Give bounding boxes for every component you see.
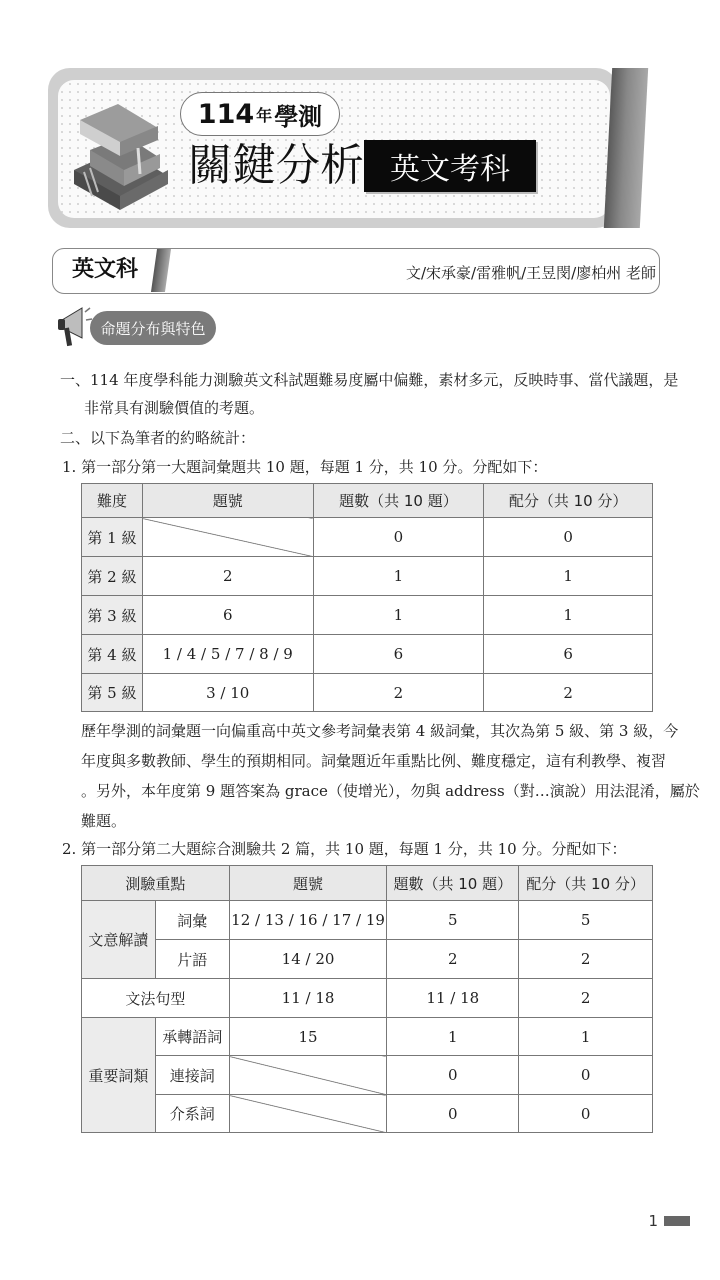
header-cell: 題數（共 10 題） <box>313 484 484 518</box>
table-header-row: 測驗重點 題號 題數（共 10 題） 配分（共 10 分） <box>82 866 653 901</box>
level-cell: 第 4 級 <box>82 635 143 674</box>
table-row: 重要詞類 承轉語詞 15 1 1 <box>82 1018 653 1056</box>
questions-cell: 1 / 4 / 5 / 7 / 8 / 9 <box>142 635 313 674</box>
table-row: 連接詞 0 0 <box>82 1056 653 1095</box>
questions-cell: 14 / 20 <box>229 940 387 979</box>
score-cell: 0 <box>519 1056 653 1095</box>
count-cell: 1 <box>387 1018 519 1056</box>
table-header-row: 難度 題號 題數（共 10 題） 配分（共 10 分） <box>82 484 653 518</box>
score-cell: 5 <box>519 901 653 940</box>
header-cell: 題號 <box>229 866 387 901</box>
note-line: 年度與多數教師、學生的預期相同。詞彙題近年重點比例、難度穩定，這有利教學、複習 <box>81 746 666 776</box>
paragraph-1-line1: 一、114 年度學科能力測驗英文科試題難易度屬中偏難，素材多元，反映時事、當代議… <box>60 366 678 394</box>
header-cell: 難度 <box>82 484 143 518</box>
level-cell: 第 5 級 <box>82 674 143 712</box>
table-row: 第 1 級 0 0 <box>82 518 653 557</box>
year-badge: 114 年 學測 <box>180 92 340 136</box>
sub-cell: 承轉語詞 <box>155 1018 229 1056</box>
score-cell: 2 <box>484 674 653 712</box>
count-cell: 1 <box>313 557 484 596</box>
item-2-heading: 2. 第一部分第二大題綜合測驗共 2 篇，共 10 題，每題 1 分，共 10 … <box>62 835 627 863</box>
count-cell: 2 <box>387 940 519 979</box>
questions-cell-empty <box>229 1056 387 1095</box>
paragraph-1-line2: 非常具有測驗價值的考題。 <box>84 394 264 422</box>
table-row: 第 3 級 6 1 1 <box>82 596 653 635</box>
table-row: 介系詞 0 0 <box>82 1095 653 1133</box>
books-icon <box>68 98 172 214</box>
vocab-difficulty-table: 難度 題號 題數（共 10 題） 配分（共 10 分） 第 1 級 0 0 第 … <box>81 483 653 712</box>
count-cell: 6 <box>313 635 484 674</box>
questions-cell: 3 / 10 <box>142 674 313 712</box>
score-cell: 1 <box>484 596 653 635</box>
group-cell-grammar: 文法句型 <box>82 979 230 1018</box>
exam-name: 學測 <box>274 97 322 132</box>
score-cell: 0 <box>519 1095 653 1133</box>
questions-cell: 11 / 18 <box>229 979 387 1018</box>
banner-stripe <box>604 68 648 228</box>
page-number: 1 <box>648 1212 690 1230</box>
authors: 文/宋承豪/雷雅帆/王昱閔/廖柏州 老師 <box>406 262 656 284</box>
score-cell: 1 <box>519 1018 653 1056</box>
table-row: 片語 14 / 20 2 2 <box>82 940 653 979</box>
score-cell: 6 <box>484 635 653 674</box>
count-cell: 11 / 18 <box>387 979 519 1018</box>
questions-cell: 6 <box>142 596 313 635</box>
sub-cell: 片語 <box>155 940 229 979</box>
megaphone-icon <box>54 302 94 350</box>
header-cell: 測驗重點 <box>82 866 230 901</box>
year-number: 114 <box>198 99 254 130</box>
sub-cell: 介系詞 <box>155 1095 229 1133</box>
page-title: 關鍵分析 <box>188 138 364 194</box>
note-line: 。另外，本年度第 9 題答案為 grace（使增光），勿與 address（對…… <box>81 776 700 806</box>
year-suffix: 年 <box>256 103 272 126</box>
level-cell: 第 2 級 <box>82 557 143 596</box>
group-cell-words: 重要詞類 <box>82 1018 156 1133</box>
questions-cell: 12 / 13 / 16 / 17 / 19 <box>229 901 387 940</box>
questions-cell-empty <box>142 518 313 557</box>
header-cell: 配分（共 10 分） <box>484 484 653 518</box>
questions-cell: 15 <box>229 1018 387 1056</box>
count-cell: 1 <box>313 596 484 635</box>
group-cell-reading: 文意解讀 <box>82 901 156 979</box>
section-title: 命題分布與特色 <box>90 311 216 345</box>
score-cell: 2 <box>519 979 653 1018</box>
item-1-heading: 1. 第一部分第一大題詞彙題共 10 題，每題 1 分，共 10 分。分配如下： <box>62 453 547 481</box>
header-cell: 題號 <box>142 484 313 518</box>
questions-cell: 2 <box>142 557 313 596</box>
level-cell: 第 3 級 <box>82 596 143 635</box>
count-cell: 2 <box>313 674 484 712</box>
table-row: 第 2 級 2 1 1 <box>82 557 653 596</box>
table-row: 文法句型 11 / 18 11 / 18 2 <box>82 979 653 1018</box>
header-cell: 配分（共 10 分） <box>519 866 653 901</box>
questions-cell-empty <box>229 1095 387 1133</box>
table-row: 第 4 級 1 / 4 / 5 / 7 / 8 / 9 6 6 <box>82 635 653 674</box>
note-line: 難題。 <box>81 806 126 836</box>
paragraph-2: 二、以下為筆者的約略統計： <box>60 424 255 452</box>
score-cell: 1 <box>484 557 653 596</box>
score-cell: 0 <box>484 518 653 557</box>
count-cell: 0 <box>387 1056 519 1095</box>
note-line: 歷年學測的詞彙題一向偏重高中英文參考詞彙表第 4 級詞彙，其次為第 5 級、第 … <box>81 716 678 746</box>
level-cell: 第 1 級 <box>82 518 143 557</box>
table-row: 第 5 級 3 / 10 2 2 <box>82 674 653 712</box>
count-cell: 0 <box>387 1095 519 1133</box>
cloze-focus-table: 測驗重點 題號 題數（共 10 題） 配分（共 10 分） 文意解讀 詞彙 12… <box>81 865 653 1133</box>
page-marker <box>664 1216 690 1226</box>
sub-cell: 連接詞 <box>155 1056 229 1095</box>
page-number-text: 1 <box>648 1212 658 1230</box>
count-cell: 5 <box>387 901 519 940</box>
subject-tag: 英文考科 <box>364 140 536 192</box>
subject-label: 英文科 <box>72 254 138 286</box>
count-cell: 0 <box>313 518 484 557</box>
header-cell: 題數（共 10 題） <box>387 866 519 901</box>
sub-cell: 詞彙 <box>155 901 229 940</box>
table-row: 文意解讀 詞彙 12 / 13 / 16 / 17 / 19 5 5 <box>82 901 653 940</box>
score-cell: 2 <box>519 940 653 979</box>
